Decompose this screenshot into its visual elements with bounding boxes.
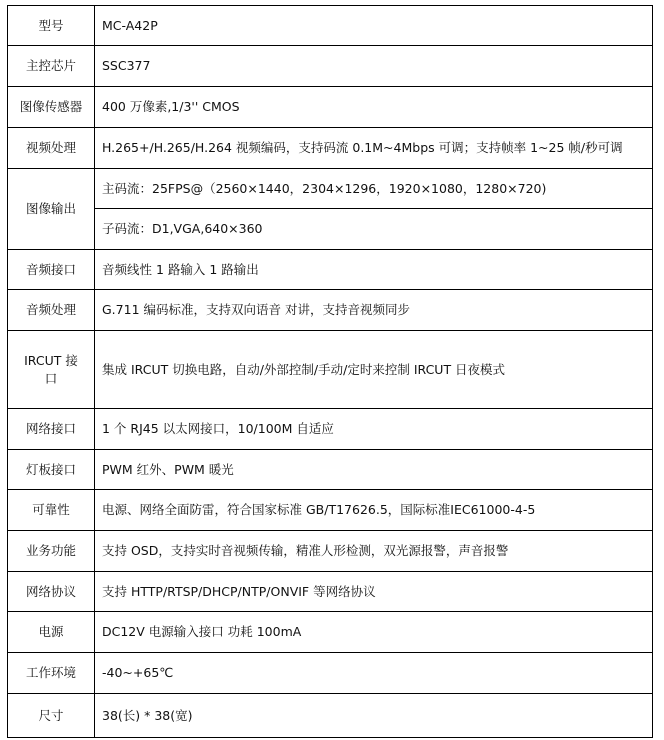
table-row: 音频接口 音频线性 1 路输入 1 路输出 bbox=[8, 250, 653, 290]
row-label-image-output: 图像输出 bbox=[8, 169, 95, 250]
row-label-business-functions: 业务功能 bbox=[8, 531, 95, 572]
row-value-main-stream: 主码流：25FPS@（2560×1440，2304×1296，1920×1080… bbox=[95, 169, 653, 209]
row-value-model: MC-A42P bbox=[95, 6, 653, 46]
table-row: 网络协议 支持 HTTP/RTSP/DHCP/NTP/ONVIF 等网络协议 bbox=[8, 572, 653, 612]
row-label-audio-processing: 音频处理 bbox=[8, 290, 95, 331]
row-value-dimensions: 38(长) * 38(宽) bbox=[95, 694, 653, 738]
table-row: 尺寸 38(长) * 38(宽) bbox=[8, 694, 653, 738]
table-row: 图像传感器 400 万像素,1/3'' CMOS bbox=[8, 87, 653, 128]
row-value-business-functions: 支持 OSD，支持实时音视频传输，精准人形检测，双光源报警，声音报警 bbox=[95, 531, 653, 572]
row-label-network-protocol: 网络协议 bbox=[8, 572, 95, 612]
row-value-main-chip: SSC377 bbox=[95, 46, 653, 87]
table-row: 视频处理 H.265+/H.265/H.264 视频编码，支持码流 0.1M~4… bbox=[8, 128, 653, 169]
row-label-video-processing: 视频处理 bbox=[8, 128, 95, 169]
row-label-network-interface: 网络接口 bbox=[8, 409, 95, 450]
table-row: 音频处理 G.711 编码标准，支持双向语音 对讲，支持音视频同步 bbox=[8, 290, 653, 331]
row-value-network-interface: 1 个 RJ45 以太网接口，10/100M 自适应 bbox=[95, 409, 653, 450]
row-label-operating-environment: 工作环境 bbox=[8, 653, 95, 694]
row-value-operating-environment: -40~+65℃ bbox=[95, 653, 653, 694]
table-row: 电源 DC12V 电源输入接口 功耗 100mA bbox=[8, 612, 653, 653]
table-row: 图像输出 主码流：25FPS@（2560×1440，2304×1296，1920… bbox=[8, 169, 653, 209]
table-row: 型号 MC-A42P bbox=[8, 6, 653, 46]
row-label-light-board-interface: 灯板接口 bbox=[8, 450, 95, 490]
row-value-network-protocol: 支持 HTTP/RTSP/DHCP/NTP/ONVIF 等网络协议 bbox=[95, 572, 653, 612]
row-label-dimensions: 尺寸 bbox=[8, 694, 95, 738]
row-value-image-sensor: 400 万像素,1/3'' CMOS bbox=[95, 87, 653, 128]
row-label-image-sensor: 图像传感器 bbox=[8, 87, 95, 128]
row-value-audio-interface: 音频线性 1 路输入 1 路输出 bbox=[95, 250, 653, 290]
table-row: 网络接口 1 个 RJ45 以太网接口，10/100M 自适应 bbox=[8, 409, 653, 450]
table-row: 主控芯片 SSC377 bbox=[8, 46, 653, 87]
row-value-audio-processing: G.711 编码标准，支持双向语音 对讲，支持音视频同步 bbox=[95, 290, 653, 331]
row-value-light-board-interface: PWM 红外、PWM 暖光 bbox=[95, 450, 653, 490]
row-value-video-processing: H.265+/H.265/H.264 视频编码，支持码流 0.1M~4Mbps … bbox=[95, 128, 653, 169]
table-row: 业务功能 支持 OSD，支持实时音视频传输，精准人形检测，双光源报警，声音报警 bbox=[8, 531, 653, 572]
row-label-reliability: 可靠性 bbox=[8, 490, 95, 531]
row-label-model: 型号 bbox=[8, 6, 95, 46]
table-row: 工作环境 -40~+65℃ bbox=[8, 653, 653, 694]
row-label-audio-interface: 音频接口 bbox=[8, 250, 95, 290]
table-row: 子码流：D1,VGA,640×360 bbox=[8, 209, 653, 250]
row-value-sub-stream: 子码流：D1,VGA,640×360 bbox=[95, 209, 653, 250]
table-row: 可靠性 电源、网络全面防雷，符合国家标准 GB/T17626.5，国际标准IEC… bbox=[8, 490, 653, 531]
row-label-power: 电源 bbox=[8, 612, 95, 653]
table-row: IRCUT 接 口 集成 IRCUT 切换电路，自动/外部控制/手动/定时来控制… bbox=[8, 331, 653, 409]
row-label-ircut-interface: IRCUT 接 口 bbox=[8, 331, 95, 409]
row-value-ircut-interface: 集成 IRCUT 切换电路，自动/外部控制/手动/定时来控制 IRCUT 日夜模… bbox=[95, 331, 653, 409]
row-label-ircut-line2: 口 bbox=[10, 370, 92, 388]
spec-table: 型号 MC-A42P 主控芯片 SSC377 图像传感器 400 万像素,1/3… bbox=[7, 5, 653, 738]
table-row: 灯板接口 PWM 红外、PWM 暖光 bbox=[8, 450, 653, 490]
row-label-ircut-line1: IRCUT 接 bbox=[10, 352, 92, 370]
row-label-main-chip: 主控芯片 bbox=[8, 46, 95, 87]
row-value-power: DC12V 电源输入接口 功耗 100mA bbox=[95, 612, 653, 653]
row-value-reliability: 电源、网络全面防雷，符合国家标准 GB/T17626.5，国际标准IEC6100… bbox=[95, 490, 653, 531]
